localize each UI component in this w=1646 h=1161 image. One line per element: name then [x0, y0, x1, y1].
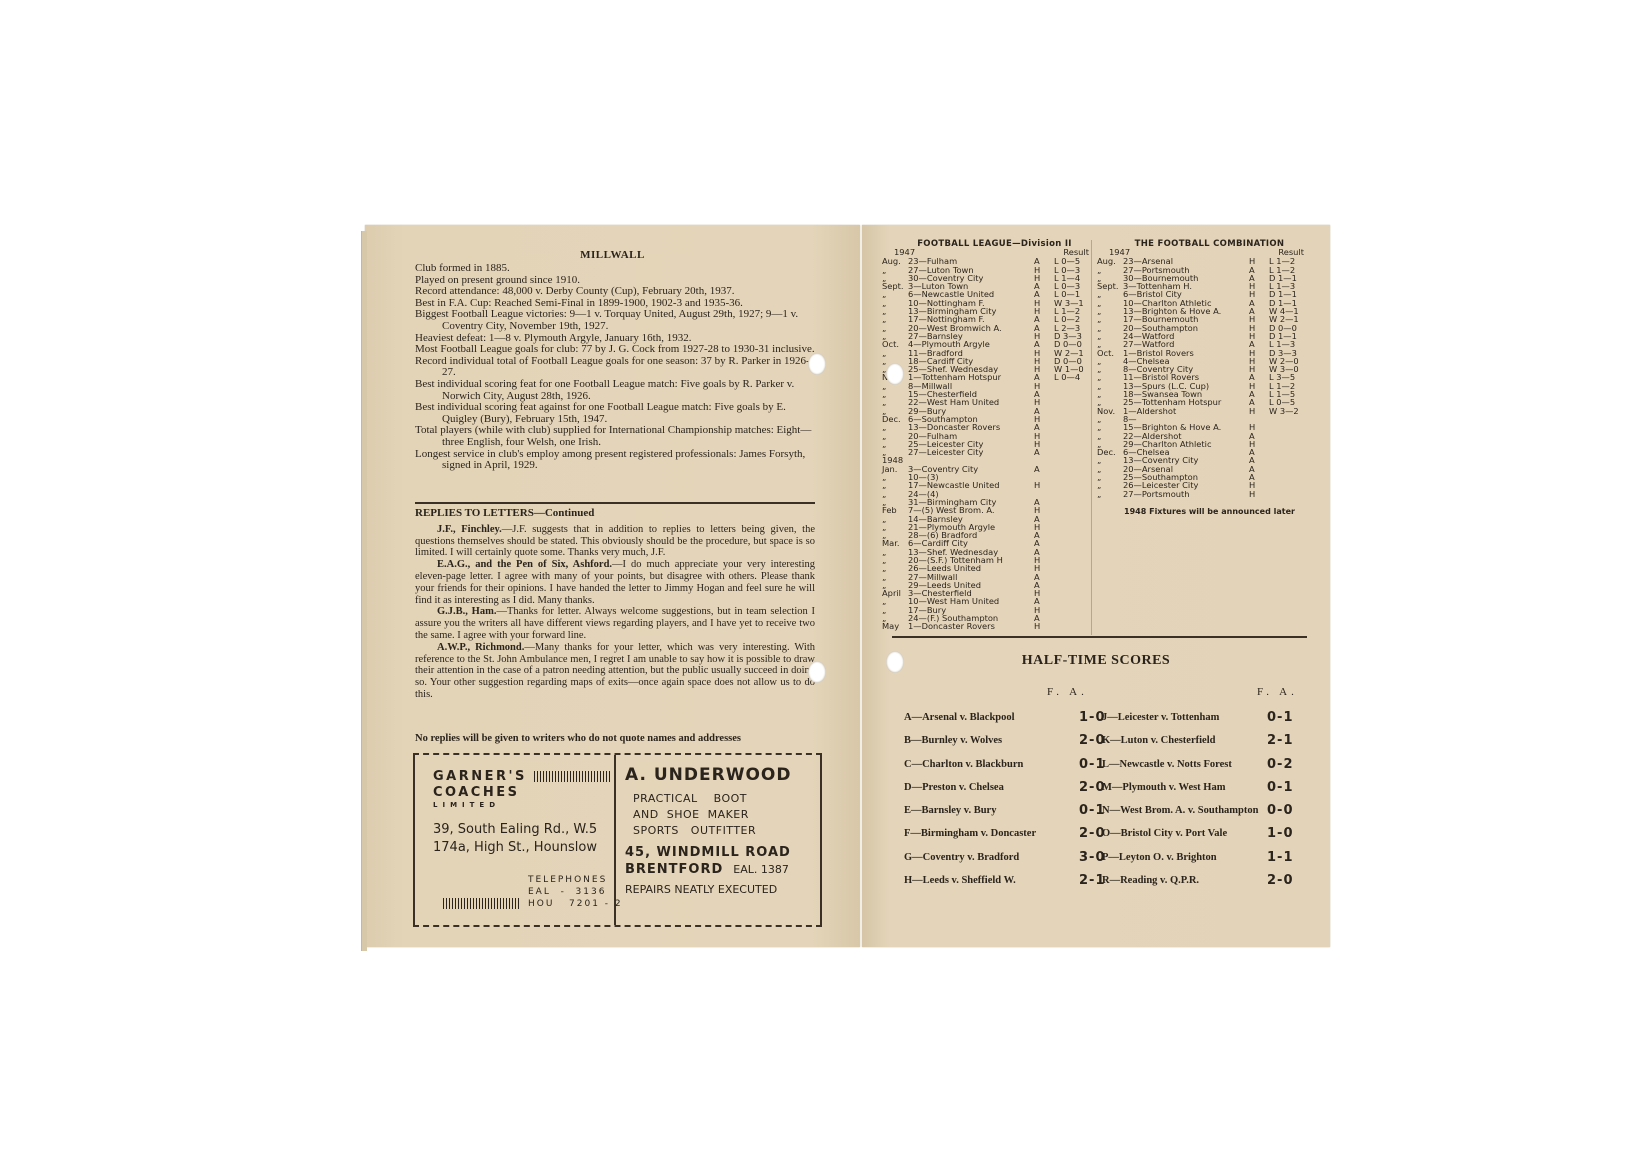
fixture-month: May: [882, 622, 908, 630]
half-time-score: 0-1: [1267, 780, 1294, 795]
half-time-row: B—Burnley v. Wolves2-0: [904, 735, 1104, 758]
decorative-bars: [443, 898, 521, 909]
fact-item: Most Football League goals for club: 77 …: [415, 344, 815, 356]
club-title: MILLWALL: [365, 249, 860, 261]
match-label: G—Coventry v. Bradford: [904, 852, 1019, 863]
match-label: R—Reading v. Q.P.R.: [1102, 875, 1199, 886]
punch-hole: [808, 353, 826, 375]
half-time-title: HALF-TIME SCORES: [862, 653, 1330, 669]
match-label: K—Luton v. Chesterfield: [1102, 735, 1215, 746]
fixture-venue: A: [1034, 448, 1040, 456]
fact-item: Biggest Football League victories: 9—1 v…: [415, 309, 815, 332]
half-time-score: 0-1: [1267, 710, 1294, 725]
match-label: A—Arsenal v. Blackpool: [904, 712, 1015, 723]
fixture-row: „27—Leicester CityA: [882, 448, 1107, 456]
replies-section: REPLIES TO LETTERS—Continued J.F., Finch…: [415, 508, 815, 701]
programme-spread: MILLWALL Club formed in 1885. Played on …: [365, 225, 1330, 947]
half-time-row: N—West Brom. A. v. Southampton0-0: [1102, 805, 1327, 828]
fact-item: Best individual scoring feat against for…: [415, 402, 815, 425]
right-page: FOOTBALL LEAGUE—Division II 1947 Result …: [862, 225, 1330, 947]
half-time-row: A—Arsenal v. Blackpool1-0: [904, 712, 1104, 735]
half-time-row: K—Luton v. Chesterfield2-1: [1102, 735, 1327, 758]
fixture-venue: H: [1034, 481, 1040, 489]
half-time-score: 1-1: [1267, 850, 1294, 865]
half-time-row: L—Newcastle v. Notts Forest0-2: [1102, 759, 1327, 782]
reply-item: G.J.B., Ham.—Thanks for letter. Always w…: [415, 606, 815, 641]
half-time-row: R—Reading v. Q.P.R.2-0: [1102, 875, 1327, 898]
fixture-venue: H: [1249, 490, 1255, 498]
reply-sender: J.F., Finchley.: [437, 524, 502, 535]
reply-item: E.A.G., and the Pen of Six, Ashford.—I d…: [415, 559, 815, 606]
half-time-score: 2-0: [1267, 873, 1294, 888]
punch-hole: [886, 363, 904, 385]
ad-garners-coaches: GARNER'S COACHES LIMITED 39, South Ealin…: [433, 769, 613, 857]
half-time-scores-right: J—Leicester v. Tottenham0-1K—Luton v. Ch…: [1102, 712, 1327, 898]
reply-sender: A.W.P., Richmond.: [437, 642, 524, 653]
fixture-venue: H: [1249, 407, 1255, 415]
section-divider: [892, 636, 1307, 638]
telephones: TELEPHONES EAL - 3136 HOU 7201 - 2: [528, 874, 623, 910]
fixture-match: 27—Leicester City: [908, 448, 983, 456]
decorative-bars: [534, 771, 612, 782]
half-time-row: O—Bristol City v. Port Vale1-0: [1102, 828, 1327, 851]
section-divider: [415, 502, 815, 504]
match-label: E—Barnsley v. Bury: [904, 805, 996, 816]
half-time-row: F—Birmingham v. Doncaster2-0: [904, 828, 1104, 851]
punch-hole: [886, 651, 904, 673]
match-label: F—Birmingham v. Doncaster: [904, 828, 1036, 839]
half-time-row: M—Plymouth v. West Ham0-1: [1102, 782, 1327, 805]
match-label: H—Leeds v. Sheffield W.: [904, 875, 1016, 886]
match-label: J—Leicester v. Tottenham: [1102, 712, 1219, 723]
reply-sender: E.A.G., and the Pen of Six, Ashford.: [437, 559, 612, 570]
fixture-venue: A: [1034, 465, 1040, 473]
column-divider: [1091, 240, 1092, 635]
fixture-result: W 3—2: [1269, 407, 1299, 415]
fact-item: Longest service in club's employ among p…: [415, 449, 815, 472]
fact-item: Club formed in 1885.: [415, 263, 815, 275]
reply-sender: G.J.B., Ham.: [437, 606, 496, 617]
advertisements-box: GARNER'S COACHES LIMITED 39, South Ealin…: [413, 753, 822, 927]
fixtures-note: 1948 Fixtures will be announced later: [1097, 508, 1322, 516]
punch-hole: [808, 661, 826, 683]
match-label: P—Leyton O. v. Brighton: [1102, 852, 1217, 863]
replies-notice: No replies will be given to writers who …: [415, 733, 815, 744]
reply-item: J.F., Finchley.—J.F. suggests that in ad…: [415, 524, 815, 559]
fixture-venue: H: [1034, 622, 1040, 630]
half-time-row: C—Charlton v. Blackburn0-1: [904, 759, 1104, 782]
half-time-score: 0-2: [1267, 757, 1294, 772]
fa-label: F. A.: [1047, 686, 1088, 698]
half-time-row: D—Preston v. Chelsea2-0: [904, 782, 1104, 805]
match-label: L—Newcastle v. Notts Forest: [1102, 759, 1232, 770]
address-line: 39, South Ealing Rd., W.5: [433, 821, 613, 839]
fixture-row: May1—Doncaster RoversH: [882, 622, 1107, 630]
football-combination-fixtures: THE FOOTBALL COMBINATION 1947 Result Aug…: [1097, 240, 1322, 516]
match-label: C—Charlton v. Blackburn: [904, 759, 1023, 770]
half-time-score: 0-0: [1267, 803, 1294, 818]
left-page: MILLWALL Club formed in 1885. Played on …: [365, 225, 860, 947]
replies-heading: REPLIES TO LETTERS—Continued: [415, 508, 815, 520]
football-league-fixtures: FOOTBALL LEAGUE—Division II 1947 Result …: [882, 240, 1107, 631]
reply-item: A.W.P., Richmond.—Many thanks for your l…: [415, 642, 815, 701]
half-time-row: E—Barnsley v. Bury0-1: [904, 805, 1104, 828]
fixture-row: „27—PortsmouthH: [1097, 490, 1322, 498]
half-time-row: J—Leicester v. Tottenham0-1: [1102, 712, 1327, 735]
match-label: O—Bristol City v. Port Vale: [1102, 828, 1227, 839]
fixture-match: 27—Portsmouth: [1123, 490, 1190, 498]
match-label: N—West Brom. A. v. Southampton: [1102, 805, 1258, 816]
fixture-match: 1—Doncaster Rovers: [908, 622, 995, 630]
half-time-row: P—Leyton O. v. Brighton1-1: [1102, 852, 1327, 875]
ad-underwood: A. UNDERWOOD PRACTICAL BOOT AND SHOE MAK…: [625, 765, 815, 896]
fixture-month: „: [1097, 490, 1123, 498]
match-label: M—Plymouth v. West Ham: [1102, 782, 1225, 793]
match-label: D—Preston v. Chelsea: [904, 782, 1004, 793]
address-line: 174a, High St., Hounslow: [433, 839, 613, 857]
half-time-score: 1-0: [1267, 826, 1294, 841]
fa-label: F. A.: [1257, 686, 1298, 698]
half-time-row: G—Coventry v. Bradford3-0: [904, 852, 1104, 875]
page-edge: [361, 231, 367, 951]
half-time-row: H—Leeds v. Sheffield W.2-1: [904, 875, 1104, 898]
fact-item: Record individual total of Football Leag…: [415, 356, 815, 379]
fixture-result: L 0—4: [1054, 373, 1080, 381]
fact-item: Best individual scoring feat for one Foo…: [415, 379, 815, 402]
half-time-scores-left: A—Arsenal v. Blackpool1-0B—Burnley v. Wo…: [904, 712, 1104, 898]
fact-item: Total players (while with club) supplied…: [415, 425, 815, 448]
match-label: B—Burnley v. Wolves: [904, 735, 1002, 746]
club-facts: Club formed in 1885. Played on present g…: [415, 263, 815, 472]
half-time-score: 2-1: [1267, 733, 1294, 748]
